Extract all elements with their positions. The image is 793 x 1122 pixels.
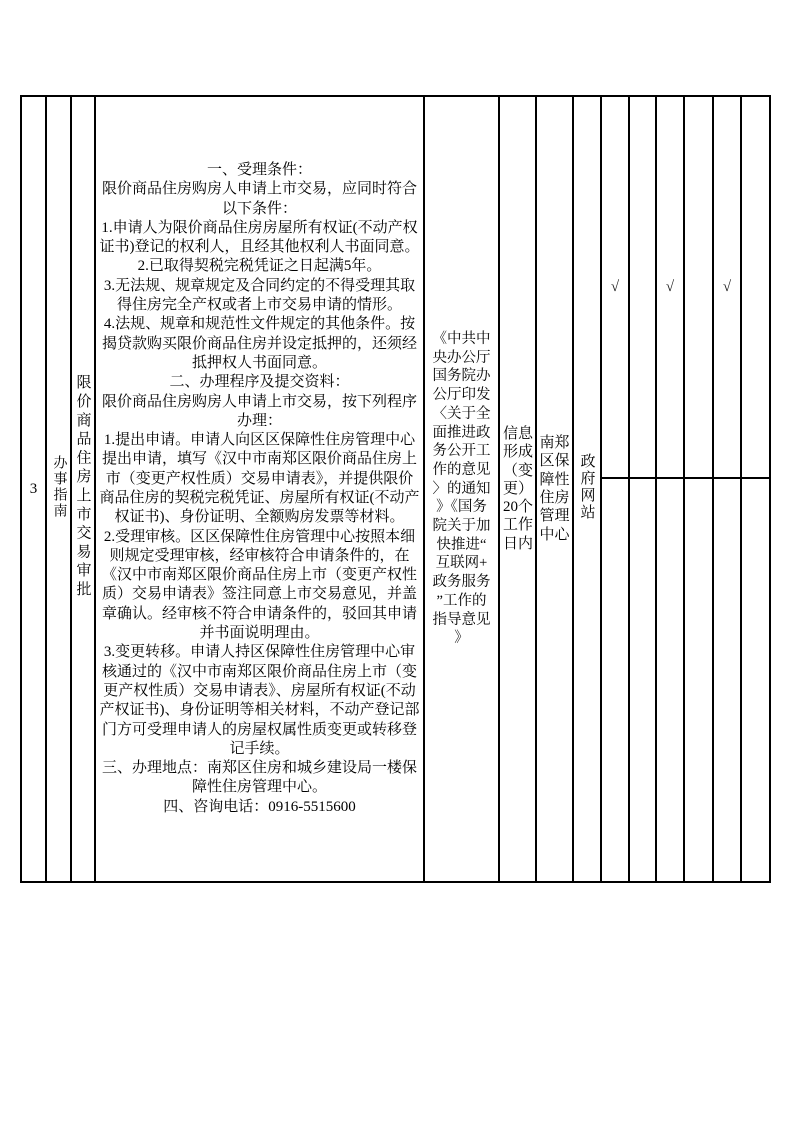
check-cell-2-bottom [629, 478, 656, 882]
check-cell-4-bottom [684, 478, 713, 882]
info-formation-cell: 信息形成（变更）20个工作日内 [499, 96, 536, 882]
process-paragraph: 3.变更转移。申请人持区保障性住房管理中心审核通过的《汉中市南郑区限价商品住房上… [99, 643, 420, 759]
process-paragraph: 1.提出申请。申请人向区区保障性住房管理中心提出申请，填写《汉中市南郑区限价商品… [99, 431, 420, 527]
category-label: 办事指南 [49, 455, 69, 519]
page: 3 办事指南 限价商品住房上市交易审批 一、受理条件： 限价商品住房购房人申请上… [0, 0, 793, 1122]
check-cell-2-top [629, 96, 656, 478]
info-formation-text: 信息形成（变更）20个工作日内 [500, 425, 536, 552]
process-guide-text: 一、受理条件： 限价商品住房购房人申请上市交易，应同时符合以下条件： 1.申请人… [96, 159, 423, 819]
responsible-unit-text: 南郑区保障性住房管理中心 [539, 434, 571, 544]
publish-channel-label: 政府网站 [577, 453, 598, 521]
process-paragraph: 2.受理审核。区区保障性住房管理中心按照本细则规定受理审核，经审核符合申请条件的… [99, 528, 420, 644]
process-paragraph: 一、受理条件： [99, 161, 420, 180]
check-cell-4-top [684, 96, 713, 478]
check-cell-1-bottom [601, 478, 629, 882]
process-paragraph: 限价商品住房购房人申请上市交易，应同时符合以下条件： [99, 180, 420, 219]
process-paragraph: 4.法规、规章和规范性文件规定的其他条件。按揭贷款购买限价商品住房并设定抵押的，… [99, 315, 420, 373]
legal-basis-cell: 《中共中央办公厅国务院办公厅印发〈关于全面推进政务公开工作的意见〉的通知》《国务… [424, 96, 499, 882]
approval-item-table: 3 办事指南 限价商品住房上市交易审批 一、受理条件： 限价商品住房购房人申请上… [20, 95, 771, 883]
process-paragraph: 2.已取得契税完税凭证之日起满5年。 [99, 257, 420, 276]
process-paragraph: 3.无法规、规章规定及合同约定的不得受理其取得住房完全产权或者上市交易申请的情形… [99, 277, 420, 316]
process-paragraph: 限价商品住房购房人申请上市交易，按下列程序办理： [99, 393, 420, 432]
check-cell-6-bottom [741, 478, 770, 882]
seq-number-cell: 3 [21, 96, 46, 882]
check-cell-3-top: √ [656, 96, 684, 478]
check-cell-5-bottom [713, 478, 741, 882]
check-cell-1-top: √ [601, 96, 629, 478]
responsible-unit-cell: 南郑区保障性住房管理中心 [536, 96, 573, 882]
process-paragraph: 二、办理程序及提交资料： [99, 373, 420, 392]
process-paragraph: 四、咨询电话：0916-5515600 [99, 798, 420, 817]
check-mark: √ [611, 279, 619, 295]
process-guide-cell: 一、受理条件： 限价商品住房购房人申请上市交易，应同时符合以下条件： 1.申请人… [95, 96, 424, 882]
publish-channel-cell: 政府网站 [573, 96, 601, 882]
item-name-cell: 限价商品住房上市交易审批 [71, 96, 95, 882]
item-name-label: 限价商品住房上市交易审批 [73, 374, 94, 600]
check-mark: √ [666, 279, 674, 295]
process-paragraph: 1.申请人为限价商品住房房屋所有权证(不动产权证书)登记的权利人，且经其他权利人… [99, 219, 420, 258]
check-cell-6-top [741, 96, 770, 478]
legal-basis-text: 《中共中央办公厅国务院办公厅印发〈关于全面推进政务公开工作的意见〉的通知》《国务… [433, 330, 491, 648]
check-cell-3-bottom [656, 478, 684, 882]
category-cell: 办事指南 [46, 96, 71, 882]
process-paragraph: 三、办理地点：南郑区住房和城乡建设局一楼保障性住房管理中心。 [99, 759, 420, 798]
check-mark: √ [723, 279, 731, 295]
seq-number: 3 [22, 481, 45, 498]
check-cell-5-top: √ [713, 96, 741, 478]
